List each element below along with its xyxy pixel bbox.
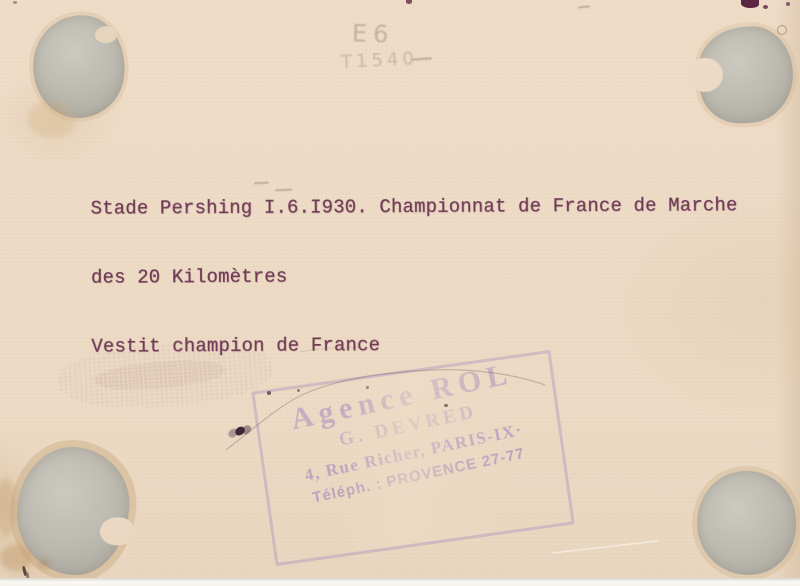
- ink-speck: [297, 389, 300, 392]
- ink-blot: [741, 0, 759, 8]
- ink-speck: [444, 404, 448, 407]
- photo-paper-back: Stade Pershing I.6.I930. Championnat de …: [0, 0, 800, 578]
- ink-speck: [763, 5, 768, 9]
- scanner-bed-strip: [0, 578, 800, 586]
- ink-speck: [786, 2, 790, 6]
- ink-speck: [406, 0, 412, 4]
- crease-lines: [0, 0, 800, 586]
- ink-speck: [13, 1, 17, 4]
- ink-speck: [267, 391, 271, 395]
- ink-speck: [366, 386, 369, 389]
- ring-mark: [777, 25, 787, 35]
- scanned-photo-verso: Stade Pershing I.6.I930. Championnat de …: [0, 0, 800, 586]
